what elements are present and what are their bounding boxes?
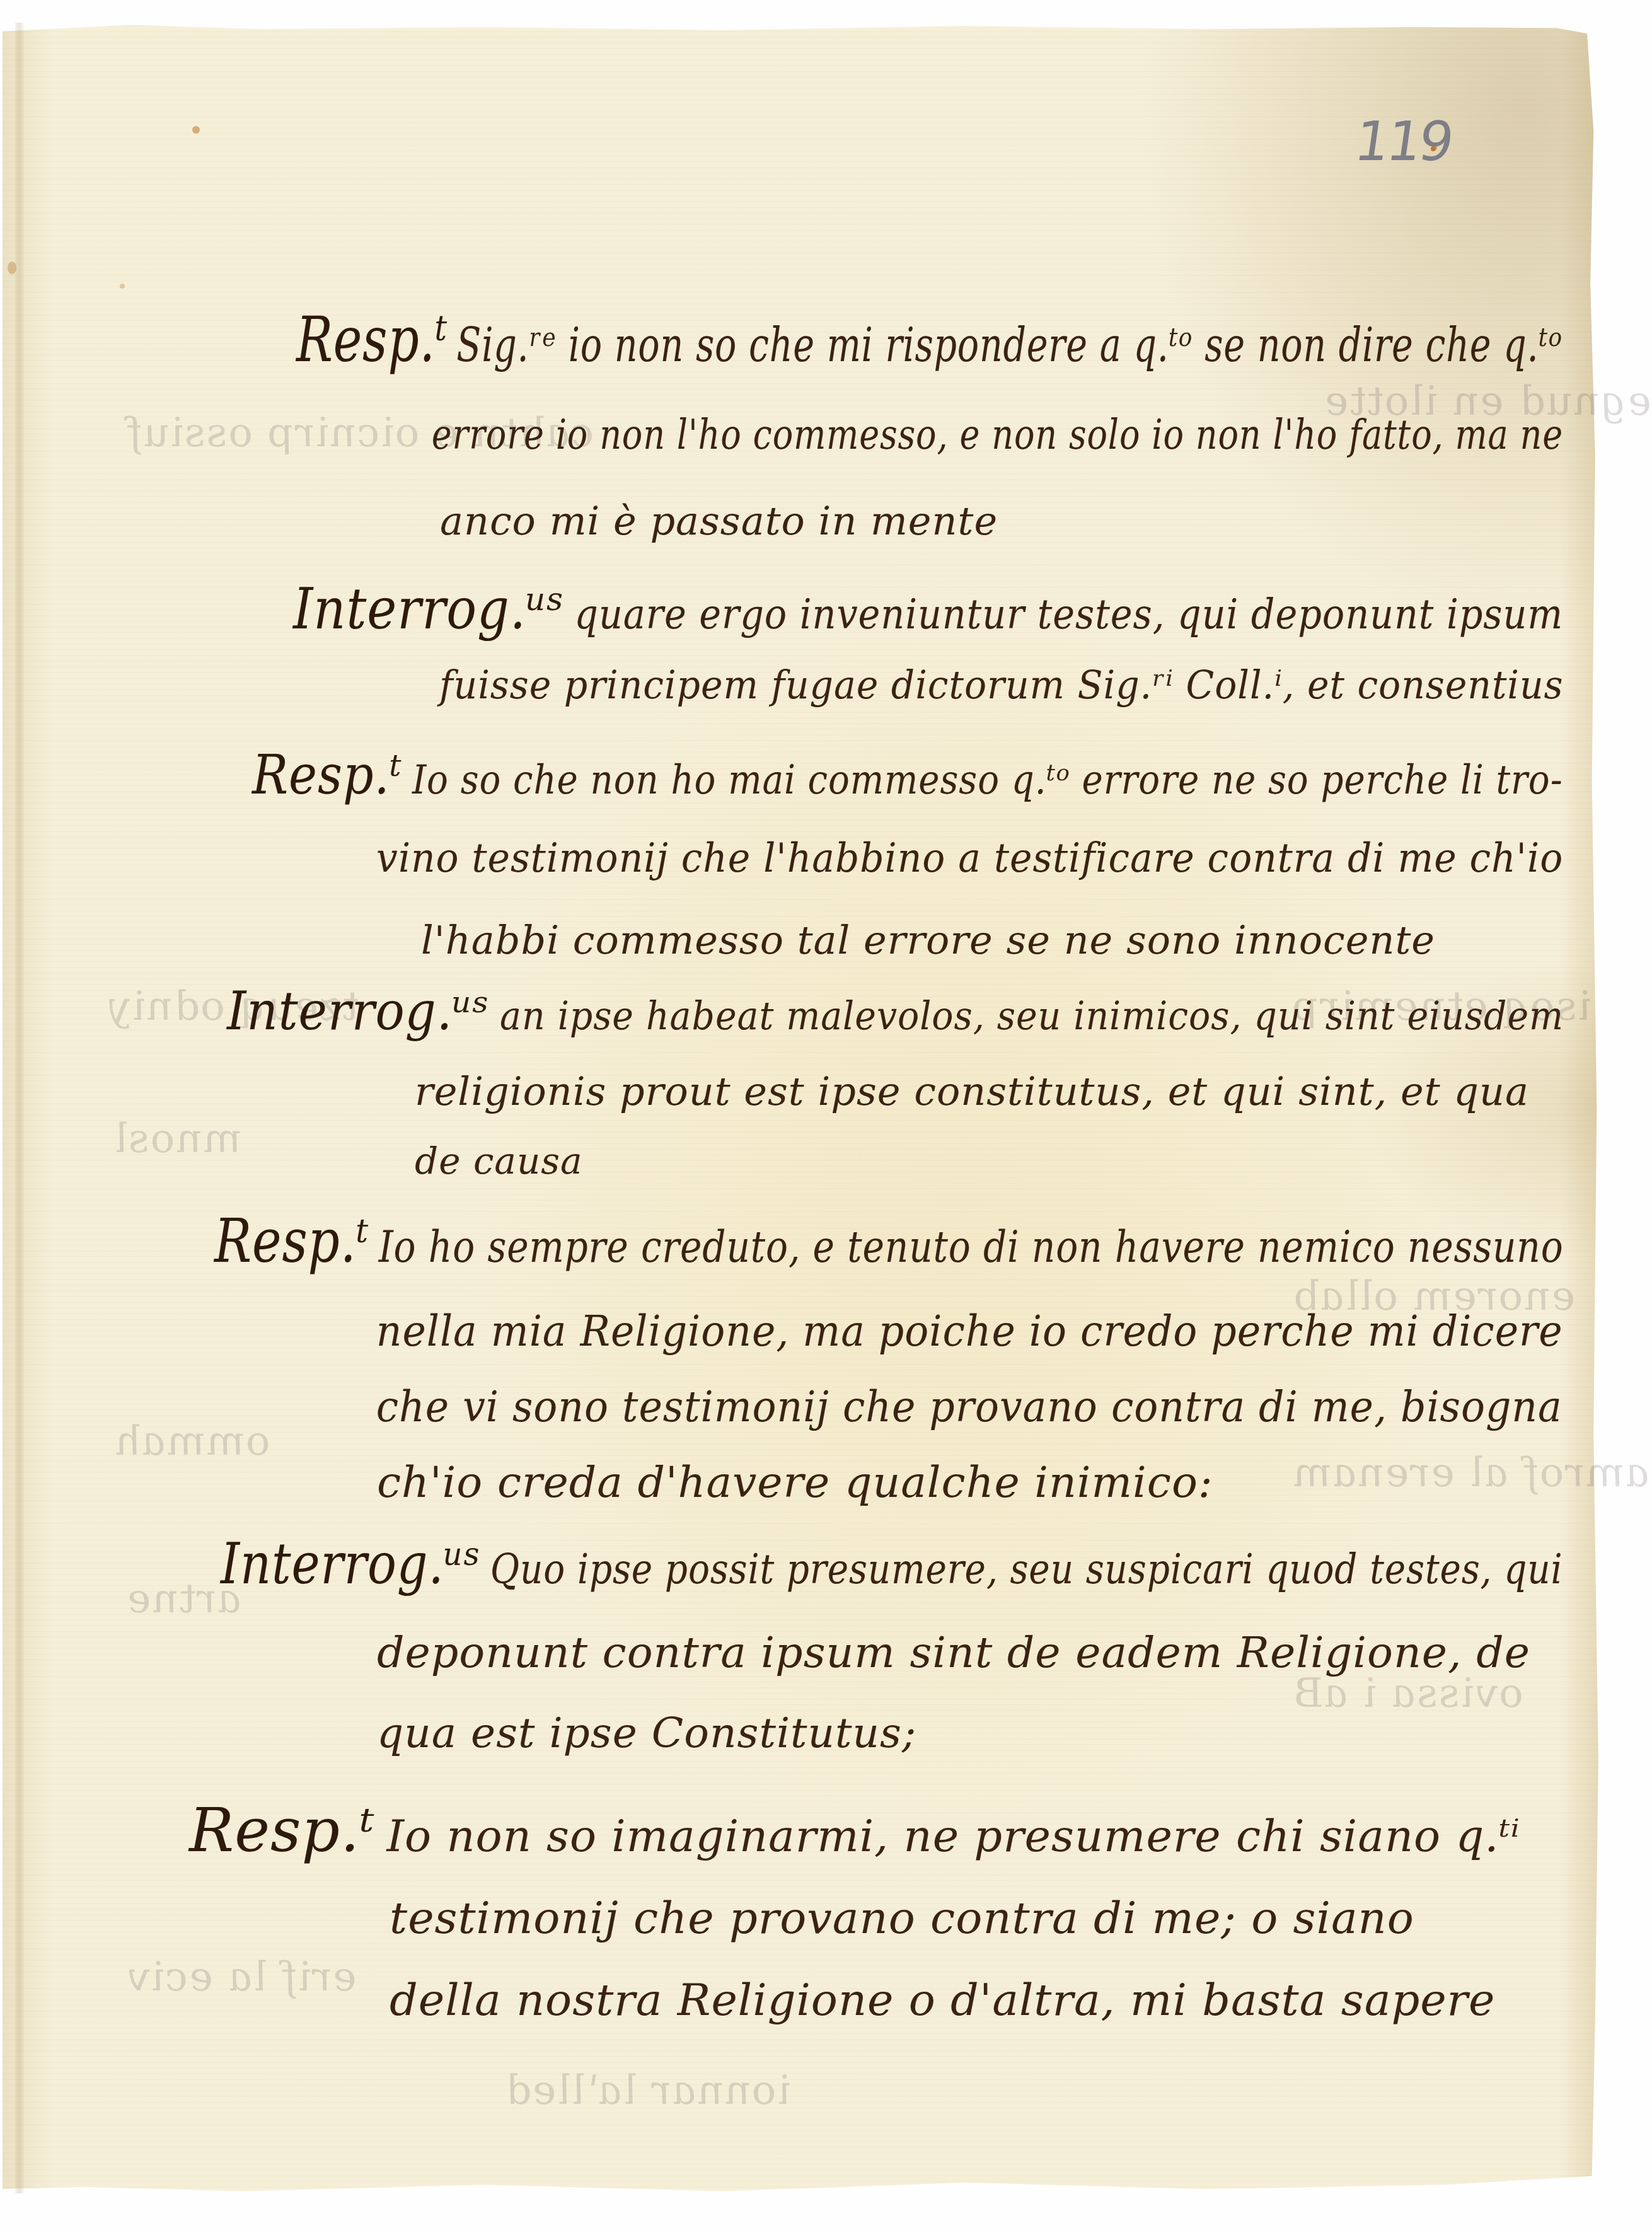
bleed-through-text: amrof al erenam: [1288, 1450, 1652, 1496]
line-text: nella mia Religione, ma poiche io credo …: [376, 1307, 1563, 1356]
bleed-through-text: ommah: [109, 1418, 274, 1465]
manuscript-line: l'habbi commesso tal errore se ne sono i…: [410, 904, 1435, 966]
manuscript-line: deponunt contra ipsum sint de eadem Reli…: [366, 1614, 1530, 1681]
manuscript-line: vino testimonij che l'habbino a testific…: [366, 823, 1563, 885]
manuscript-line: Resp.ᵗIo so che non ho mai commesso q.ᵗᵒ…: [252, 744, 1563, 807]
speaker-label: Resp.ᵗ: [296, 303, 448, 376]
line-text: testimonij che provano contra di me; o s…: [390, 1892, 1414, 1944]
manuscript-line: Interrog.ᵘˢan ipse habeat malevolos, seu…: [227, 980, 1564, 1042]
line-text: an ipse habeat malevolos, seu inimicos, …: [500, 993, 1564, 1039]
paper-fold-shadow: [15, 23, 24, 2193]
speaker-label: Interrog.ᵘˢ: [227, 980, 490, 1042]
manuscript-line: Resp.ᵗIo ho sempre creduto, e tenuto di …: [214, 1207, 1564, 1276]
bleed-through-text: ionnar la'lled: [500, 2067, 795, 2114]
manuscript-line: fuisse principem fugae dictorum Sig.ʳⁱ C…: [429, 649, 1564, 711]
bleed-through-text: erif la eciv: [122, 1954, 361, 2001]
manuscript-line: errore io non l'ho commesso, e non solo …: [422, 397, 1563, 463]
speaker-label: Resp.ᵗ: [252, 744, 402, 807]
line-text: Io so che non ho mai commesso q.ᵗᵒ error…: [412, 757, 1563, 804]
manuscript-line: Resp.ᵗSig.ʳᵉ io non so che mi rispondere…: [296, 303, 1562, 376]
line-text: deponunt contra ipsum sint de eadem Reli…: [377, 1628, 1530, 1678]
manuscript-line: della nostra Religione o d'altra, mi bas…: [378, 1960, 1496, 2030]
line-text: Sig.ʳᵉ io non so che mi rispondere a q.ᵗ…: [456, 318, 1562, 372]
line-text: della nostra Religione o d'altra, mi bas…: [390, 1974, 1496, 2026]
manuscript-line: testimonij che provano contra di me; o s…: [378, 1878, 1414, 1948]
manuscript-line: religionis prout est ipse constitutus, e…: [403, 1056, 1529, 1117]
bleed-through-text: mnosl: [109, 1116, 246, 1162]
line-text: de causa: [415, 1140, 583, 1182]
speaker-label: Resp.ᵗ: [214, 1207, 369, 1276]
line-text: ch'io creda d'havere qualche inimico:: [377, 1458, 1213, 1508]
foxing-stain: [120, 284, 125, 289]
manuscript-line: de causa: [403, 1128, 583, 1186]
folio-dot: [1431, 146, 1436, 151]
line-text: religionis prout est ipse constitutus, e…: [415, 1068, 1529, 1114]
speaker-label: Interrog.ᵘˢ: [221, 1532, 480, 1597]
manuscript-line: Resp.ᵗIo non so imaginarmi, ne presumere…: [189, 1796, 1520, 1866]
manuscript-line: ch'io creda d'havere qualche inimico:: [366, 1443, 1213, 1511]
folio-number: 119: [1351, 110, 1455, 173]
speaker-label: Interrog.ᵘˢ: [293, 577, 564, 642]
foxing-stain: [192, 126, 200, 134]
line-text: Quo ipse possit presumere, seu suspicari…: [490, 1545, 1563, 1593]
manuscript-scan: cahtn e oicnirp ossiuf egnud en ilotte t…: [0, 0, 1652, 2235]
line-text: Io ho sempre creduto, e tenuto di non ha…: [379, 1221, 1564, 1273]
manuscript-line: nella mia Religione, ma poiche io credo …: [366, 1292, 1563, 1360]
line-text: anco mi è passato in mente: [440, 498, 998, 544]
line-text: che vi sono testimonij che provano contr…: [376, 1382, 1562, 1432]
manuscript-line: Interrog.ᵘˢQuo ipse possit presumere, se…: [221, 1532, 1562, 1597]
manuscript-line: Interrog.ᵘˢquare ergo inveniuntur testes…: [293, 577, 1563, 642]
line-text: l'habbi commesso tal errore se ne sono i…: [421, 917, 1435, 963]
foxing-stain: [8, 262, 16, 274]
speaker-label: Resp.ᵗ: [189, 1796, 375, 1866]
line-text: quare ergo inveniuntur testes, qui depon…: [574, 590, 1563, 638]
line-text: vino testimonij che l'habbino a testific…: [376, 835, 1563, 881]
line-text: Io non so imaginarmi, ne presumere chi s…: [386, 1810, 1520, 1862]
line-text: fuisse principem fugae dictorum Sig.ʳⁱ C…: [439, 662, 1564, 708]
line-text: errore io non l'ho commesso, e non solo …: [432, 410, 1563, 459]
manuscript-line: anco mi è passato in mente: [429, 485, 998, 547]
manuscript-line: che vi sono testimonij che provano contr…: [366, 1368, 1562, 1435]
manuscript-line: qua est ipse Constitutus;: [366, 1695, 916, 1761]
line-text: qua est ipse Constitutus;: [377, 1709, 916, 1757]
